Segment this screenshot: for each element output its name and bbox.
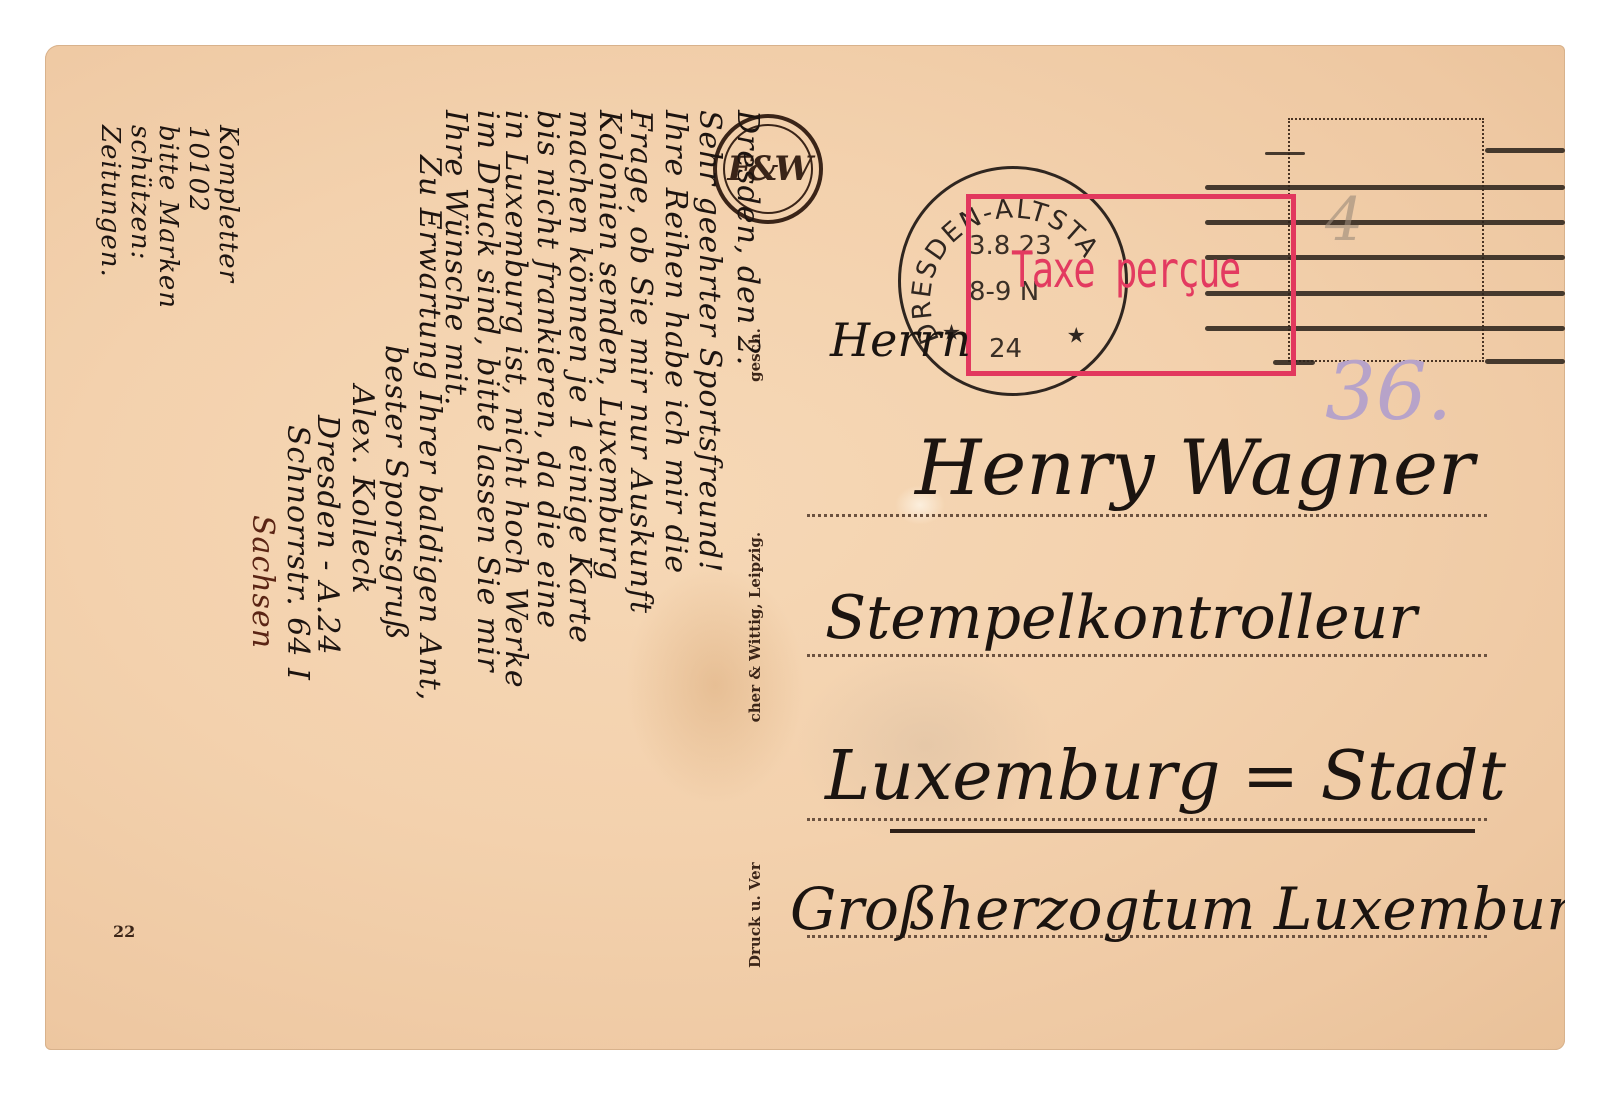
address-country: Großherzogtum Luxemburg: [790, 875, 1565, 943]
message-line: bester Sportsgruß: [378, 345, 413, 641]
cancel-line: [1265, 152, 1305, 155]
address-city: Luxemburg = Stadt: [825, 737, 1506, 816]
underline-city: [890, 829, 1475, 833]
taxe-percue-text: Taxe perçue: [1011, 241, 1240, 299]
message-line: Dresden, den 2.: [730, 110, 765, 366]
message-line: bis nicht frankieren, da die eine: [530, 110, 565, 629]
message-line: Frage, ob Sie mir nur Auskunft: [623, 110, 658, 614]
imprint-middle: cher & Wittig, Leipzig.: [746, 532, 764, 722]
message-line: Ihre Reihen habe ich mir die: [658, 110, 693, 574]
message-line: bitte Marken: [153, 125, 183, 309]
cancel-line: [1485, 359, 1565, 364]
message-line: Zu Erwartung Ihrer baldigen Ant,: [412, 155, 447, 701]
message-line: Sachsen: [245, 515, 280, 649]
postcard: F&W 22 DRESDEN-ALTSTADT ★ ★ 3.8.23 8-9 N…: [45, 45, 1565, 1050]
card-number: 22: [113, 922, 135, 941]
address-line-2: [807, 654, 1487, 657]
imprint-left: Druck u. Ver: [746, 862, 764, 968]
printer-imprint: Druck u. Vercher & Wittig, Leipzig.gesch…: [746, 328, 764, 968]
cancel-line: [1485, 148, 1565, 153]
message-line: Kompletter: [213, 125, 243, 283]
address-title: Stempelkontrolleur: [825, 583, 1417, 653]
pencil-mark: 4: [1325, 185, 1363, 255]
cancel-line: [1205, 185, 1565, 190]
message-line: Sehr geehrter Sportsfreund!: [692, 110, 727, 573]
message-line: Dresden - A.24: [310, 415, 345, 655]
message-line: Zeitungen.: [95, 125, 125, 278]
message-line: schützen:: [125, 125, 155, 260]
message-line: machen können je 1 einige Karte: [562, 110, 597, 644]
message-line: 10102: [183, 125, 213, 213]
address-name: Henry Wagner: [915, 423, 1474, 512]
address-salutation: Herrn: [830, 313, 971, 367]
message-line: Alex. Kolleck: [345, 385, 380, 595]
message-line: im Druck sind, bitte lassen Sie mir: [470, 110, 505, 672]
message-line: Schnorrstr. 64 I: [280, 425, 315, 681]
address-line-1: [807, 514, 1487, 517]
message-line: Kolonien senden, Luxemburg: [592, 110, 627, 581]
address-line-3: [807, 818, 1487, 821]
